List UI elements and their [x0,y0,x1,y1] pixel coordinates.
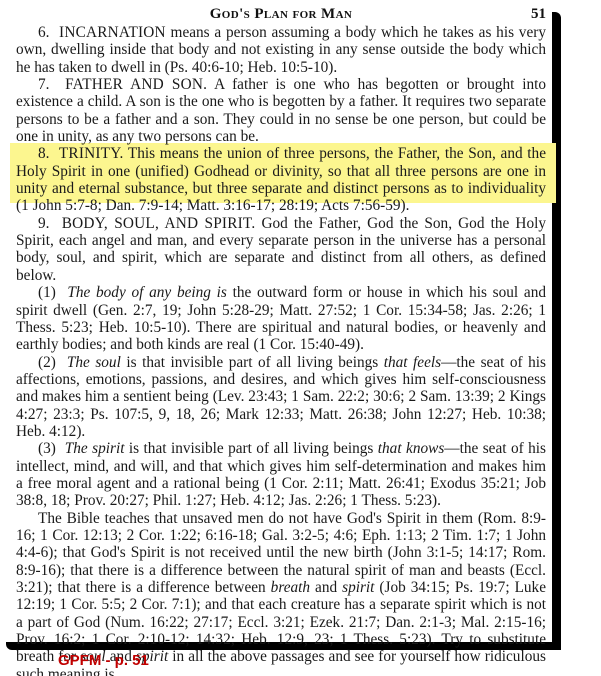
subparagraph-lead: The body of any being is [67,284,227,301]
subparagraph-spirit: (3) The spirit is that invisible part of… [16,440,546,509]
closing-italic: breath [271,579,310,596]
subparagraph-lead: The soul [67,354,121,371]
paragraph-number: 7. [38,76,49,93]
page-shadow-right [552,12,561,650]
paragraph-term: INCARNATION [59,24,166,41]
paragraph-8-trinity: 8. TRINITY. This means the union of thre… [16,145,546,214]
page-number: 51 [531,6,546,23]
subparagraph-number: (1) [38,284,56,301]
paragraph-term: BODY, SOUL, AND SPIRIT. [62,215,256,232]
paragraph-7-father-and-son: 7. FATHER AND SON. A father is one who h… [16,76,546,145]
subparagraph-number: (2) [38,354,56,371]
paragraph-number: 6. [38,24,49,41]
subparagraph-mid: is that invisible part of all living bei… [121,354,384,371]
paragraph-term: TRINITY. [59,145,124,162]
subparagraph-italic-mid: that knows [378,440,445,457]
subparagraph-body: (1) The body of any being is the outward… [16,284,546,353]
paragraph-number: 8. [38,145,49,162]
page-header: God's Plan for Man 51 [16,6,546,24]
paragraph-6-incarnation: 6. INCARNATION means a person assuming a… [16,24,546,76]
paragraph-number: 9. [38,215,49,232]
closing-text: and [310,579,342,596]
closing-italic: spirit [342,579,374,596]
paragraph-9-body-soul-spirit: 9. BODY, SOUL, AND SPIRIT. God the Fathe… [16,215,546,284]
subparagraph-soul: (2) The soul is that invisible part of a… [16,354,546,441]
paragraph-term: FATHER AND SON. [65,76,207,93]
subparagraph-number: (3) [38,440,56,457]
page-body: 6. INCARNATION means a person assuming a… [16,24,546,676]
source-caption: GPFM - p. 51 [58,652,149,669]
subparagraph-lead: The spirit [65,440,125,457]
running-title: God's Plan for Man [16,6,546,23]
subparagraph-italic-mid: that feels [384,354,441,371]
subparagraph-mid: is that invisible part of all living bei… [124,440,377,457]
